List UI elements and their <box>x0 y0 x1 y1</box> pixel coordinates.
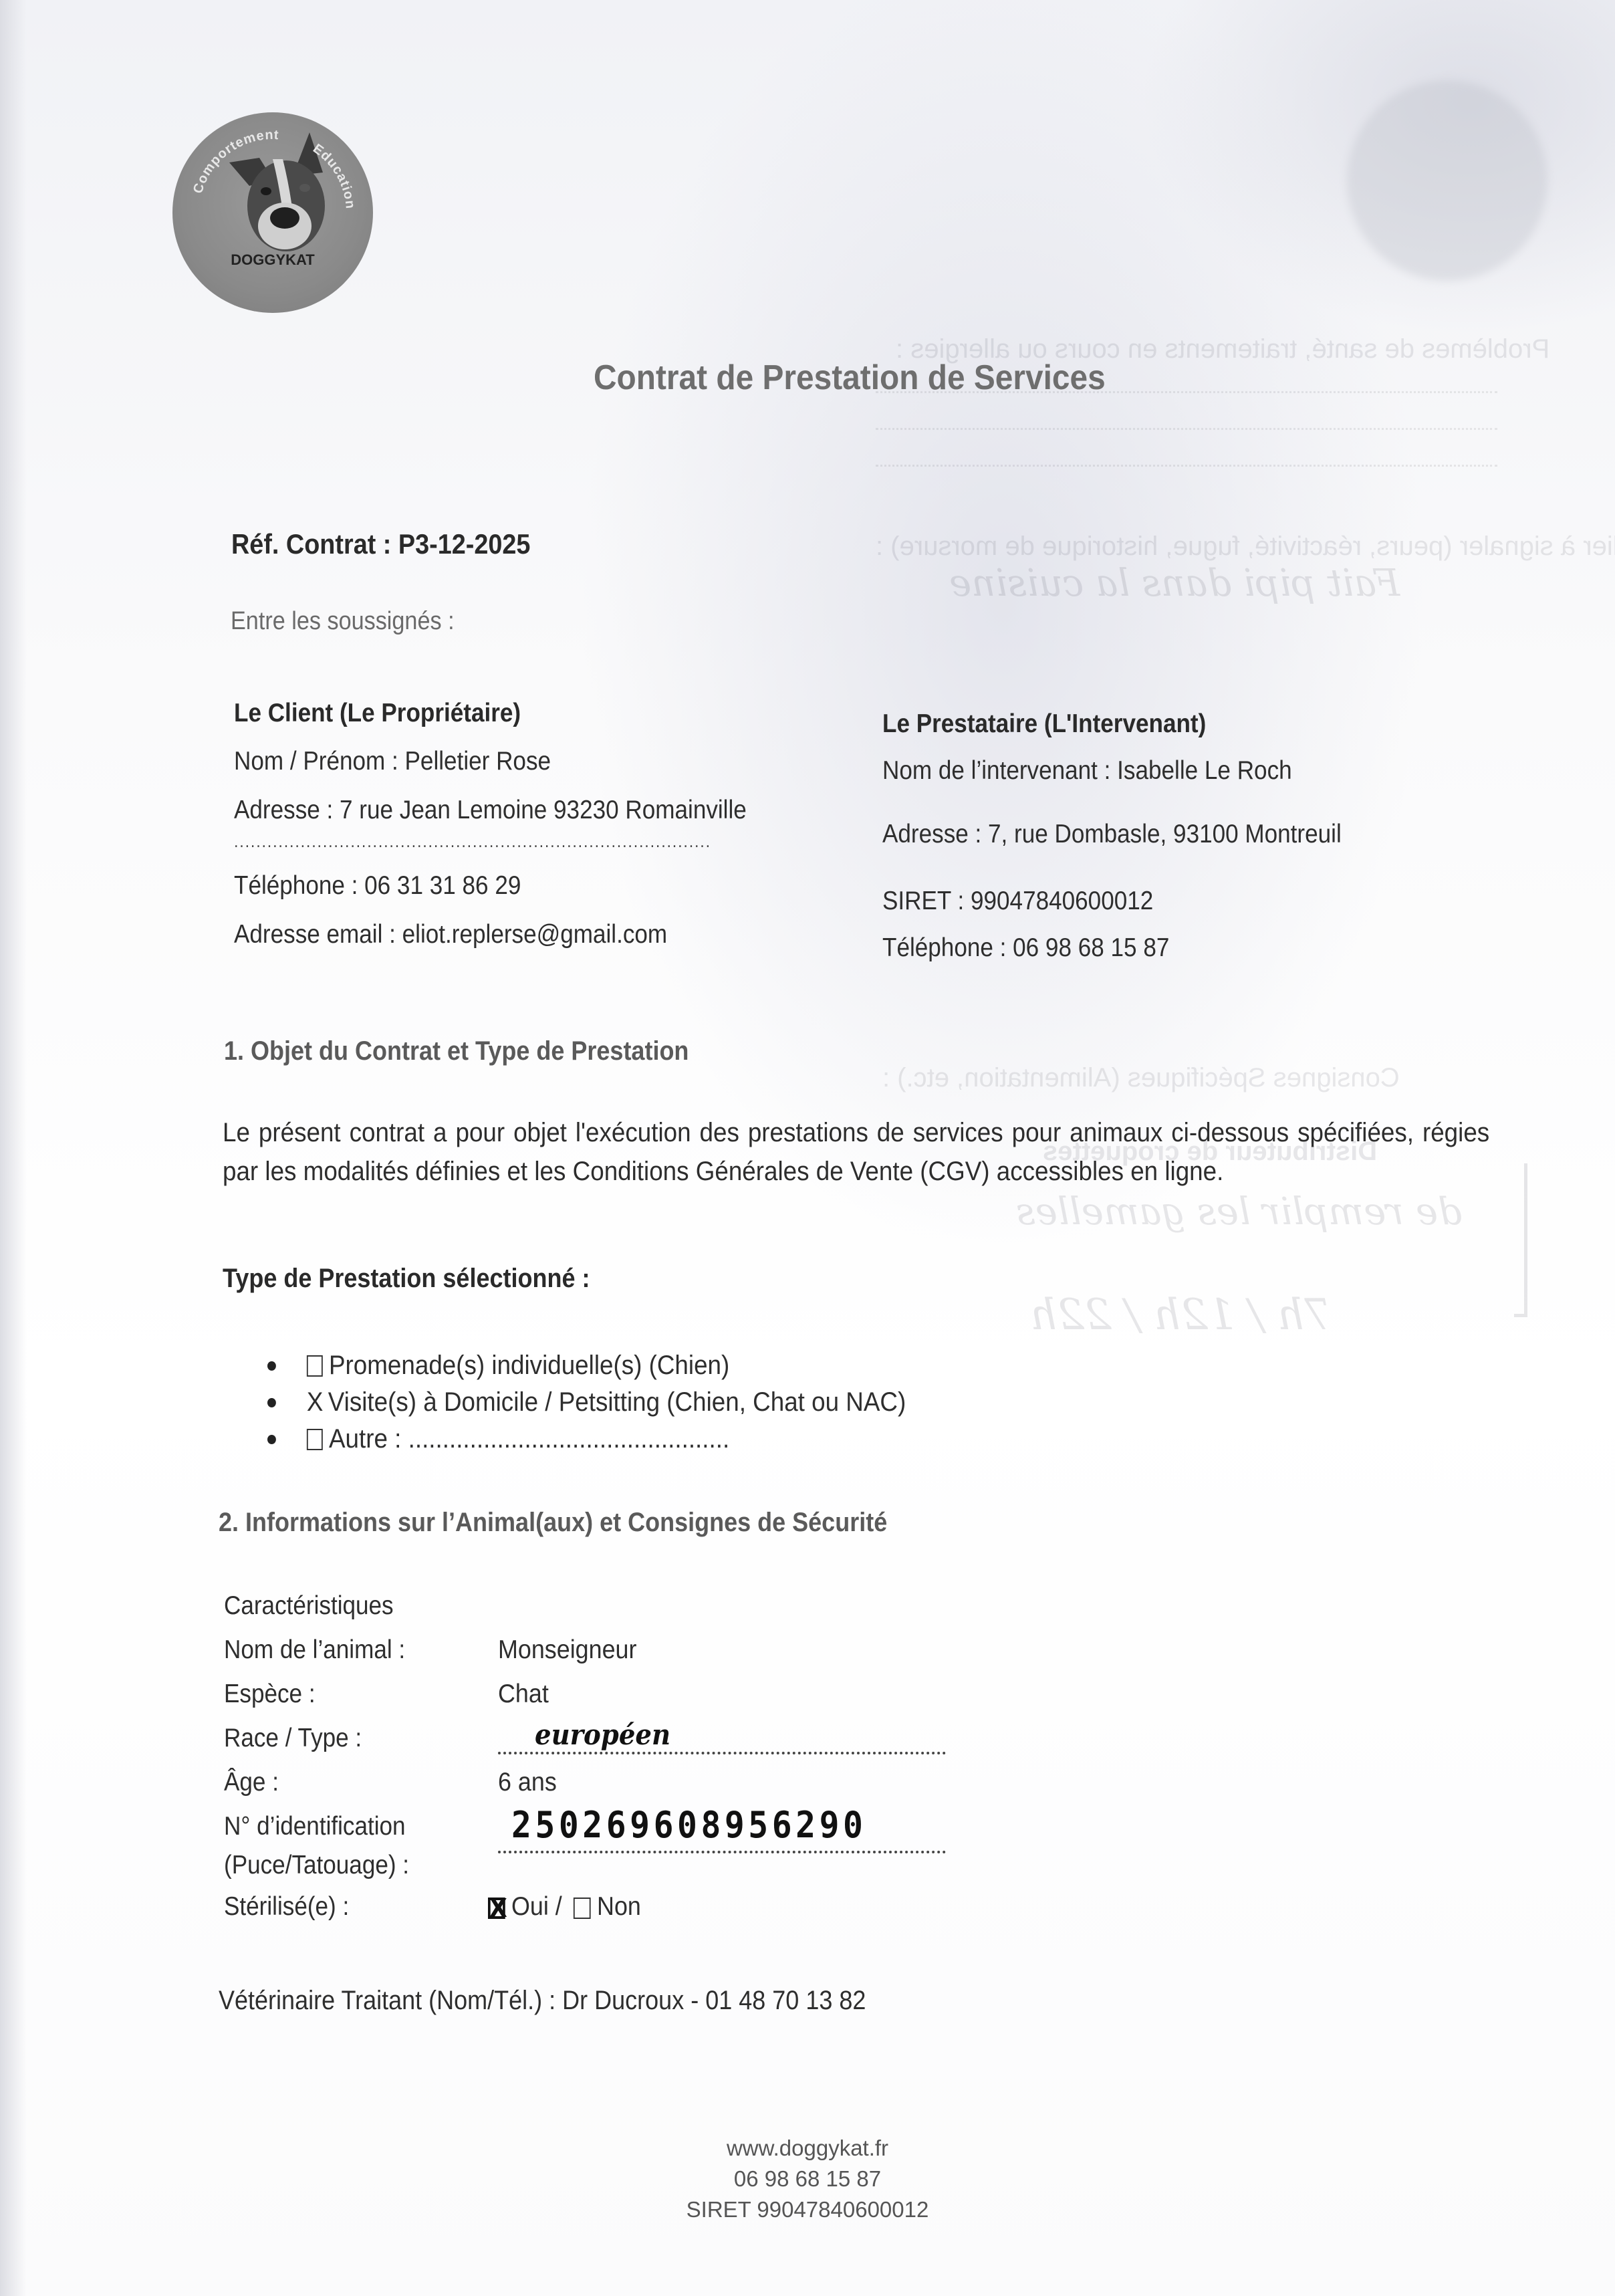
identification-field-line <box>498 1851 946 1853</box>
bullet-icon <box>267 1361 276 1371</box>
bullet-icon <box>267 1398 276 1407</box>
bleed-through-line <box>876 465 1497 467</box>
client-heading: Le Client (Le Propriétaire) <box>234 690 747 737</box>
option-label: Autre : ................................… <box>329 1421 729 1458</box>
bullet-icon <box>267 1435 276 1444</box>
option-autre[interactable]: Autre : ................................… <box>267 1421 906 1458</box>
option-promenade[interactable]: Promenade(s) individuelle(s) (Chien) <box>267 1347 906 1384</box>
page-footer: www.doggykat.fr 06 98 68 15 87 SIRET 990… <box>0 2133 1615 2225</box>
bleed-through-text: Consignes Spécifiques (Alimentation, etc… <box>882 1063 1400 1093</box>
scan-edge-shadow <box>0 0 27 2296</box>
bleed-through-line <box>876 428 1497 430</box>
client-phone: Téléphone : 06 31 31 86 29 <box>234 861 747 910</box>
contract-object-paragraph: Le présent contrat a pour objet l'exécut… <box>223 1113 1489 1191</box>
client-address-continuation: ........................................… <box>234 834 747 861</box>
provider-phone: Téléphone : 06 98 68 15 87 <box>882 925 1342 971</box>
identification-handwritten-value[interactable]: 250269608956290 <box>511 1804 866 1846</box>
provider-siret: SIRET : 99047840600012 <box>882 878 1342 925</box>
veterinarian-info: Vétérinaire Traitant (Nom/Tél.) : Dr Duc… <box>219 1986 866 2016</box>
checkbox-checked-x-icon[interactable]: X <box>307 1384 324 1421</box>
footer-siret: SIRET 99047840600012 <box>0 2194 1615 2225</box>
section-1-heading: 1. Objet du Contrat et Type de Prestatio… <box>224 1036 689 1066</box>
sterilized-options: Oui / Non <box>488 1892 641 1922</box>
animal-name-value: Monseigneur <box>498 1635 636 1665</box>
bleed-through-handwriting: 7h / 12h / 22h <box>1029 1290 1332 1340</box>
bleed-through-logo <box>1347 80 1547 281</box>
breed-label: Race / Type : <box>224 1724 362 1753</box>
client-address: Adresse : 7 rue Jean Lemoine 93230 Romai… <box>234 786 747 834</box>
characteristics-label: Caractéristiques <box>224 1591 394 1621</box>
bleed-through-handwriting: Fait pipi dans la cuisine <box>949 562 1400 605</box>
checkbox-unchecked-icon[interactable] <box>307 1355 323 1377</box>
bleed-through-bracket <box>1514 1163 1527 1317</box>
client-name: Nom / Prénom : Pelletier Rose <box>234 737 747 786</box>
provider-heading: Le Prestataire (L'Intervenant) <box>882 701 1342 748</box>
provider-block: Le Prestataire (L'Intervenant) Nom de l’… <box>882 701 1342 971</box>
footer-website[interactable]: www.doggykat.fr <box>0 2133 1615 2164</box>
provider-address: Adresse : 7, rue Dombasle, 93100 Montreu… <box>882 811 1342 878</box>
bleed-through-text: Comportement particulier à signaler (peu… <box>876 532 1615 562</box>
service-type-heading: Type de Prestation sélectionné : <box>223 1264 590 1294</box>
checkbox-unchecked-icon[interactable] <box>574 1898 591 1919</box>
breed-handwritten-value[interactable]: européen <box>535 1718 670 1751</box>
species-value: Chat <box>498 1680 549 1709</box>
species-label: Espèce : <box>224 1680 316 1709</box>
sterilized-yes-label: Oui / <box>511 1892 562 1921</box>
client-email: Adresse email : eliot.replerse@gmail.com <box>234 910 747 959</box>
service-type-options: Promenade(s) individuelle(s) (Chien) X V… <box>267 1347 906 1458</box>
dog-face-icon: Comportement Education <box>172 112 373 313</box>
age-value: 6 ans <box>498 1768 557 1797</box>
client-block: Le Client (Le Propriétaire) Nom / Prénom… <box>234 690 747 959</box>
breed-field-line <box>498 1752 946 1754</box>
section-2-heading: 2. Informations sur l’Animal(aux) et Con… <box>219 1508 887 1538</box>
doggykat-logo: Comportement Education DOGGYKAT <box>172 112 373 313</box>
logo-brand-text: DOGGYKAT <box>172 251 373 269</box>
checkbox-checked-icon[interactable] <box>488 1898 505 1919</box>
footer-phone: 06 98 68 15 87 <box>0 2164 1615 2194</box>
bleed-through-handwriting: de remplir les gamelles <box>1016 1190 1462 1234</box>
parties-intro: Entre les soussignés : <box>231 607 455 636</box>
sterilized-label: Stérilisé(e) : <box>224 1892 349 1922</box>
checkbox-unchecked-icon[interactable] <box>307 1429 323 1450</box>
option-label: Visite(s) à Domicile / Petsitting (Chien… <box>328 1384 906 1421</box>
animal-name-label: Nom de l’animal : <box>224 1635 405 1665</box>
contract-reference: Réf. Contrat : P3-12-2025 <box>231 528 530 560</box>
age-label: Âge : <box>224 1768 279 1797</box>
identification-label-line2: (Puce/Tatouage) : <box>224 1851 409 1880</box>
option-label: Promenade(s) individuelle(s) (Chien) <box>329 1347 729 1384</box>
identification-label-line1: N° d’identification <box>224 1812 406 1841</box>
option-visite-domicile[interactable]: X Visite(s) à Domicile / Petsitting (Chi… <box>267 1384 906 1421</box>
sterilized-no-label: Non <box>597 1892 641 1921</box>
document-title: Contrat de Prestation de Services <box>594 358 1106 398</box>
provider-name: Nom de l’intervenant : Isabelle Le Roch <box>882 748 1342 811</box>
